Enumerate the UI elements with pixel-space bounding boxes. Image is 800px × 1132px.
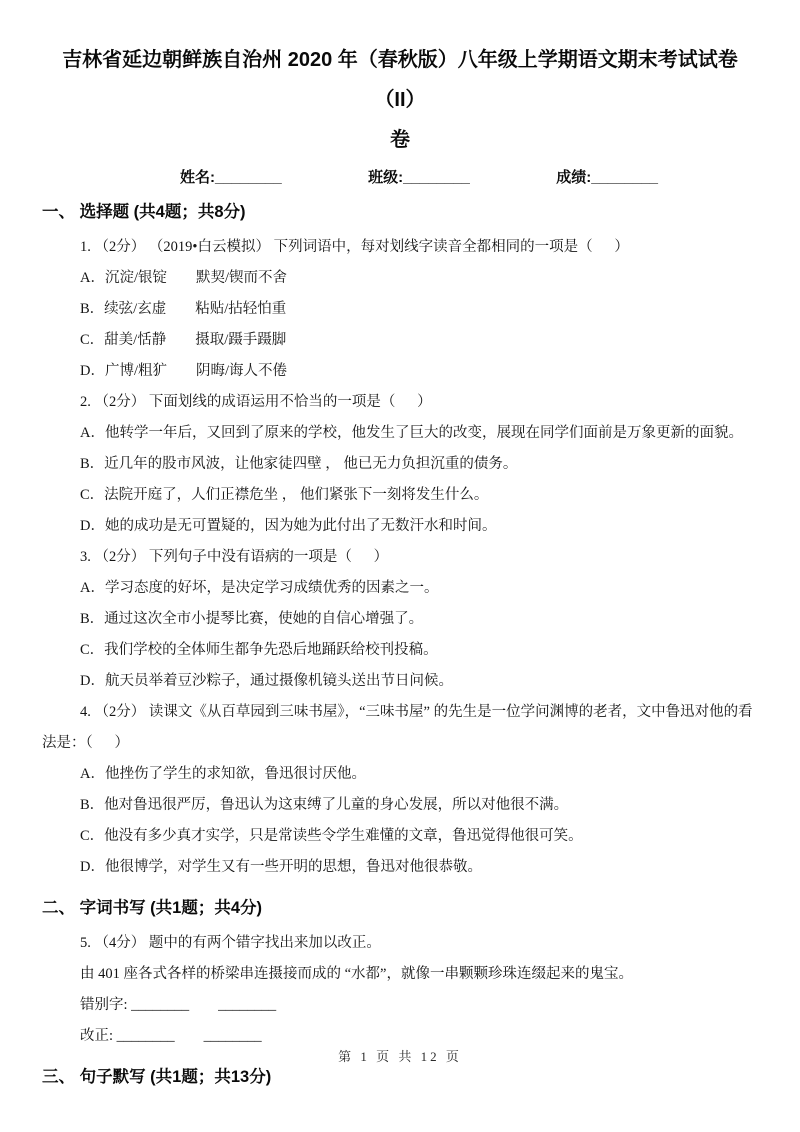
page-title: 吉林省延边朝鲜族自治州 2020 年（春秋版）八年级上学期语文期末考试试卷（II… xyxy=(42,40,758,160)
question-1-option-b: B．续弦/玄虚 粘贴/拈轻怕重 xyxy=(42,294,758,325)
question-3-option-b: B．通过这次全市小提琴比赛，使她的自信心增强了。 xyxy=(42,604,758,635)
question-3-option-a: A．学习态度的好坏，是决定学习成绩优秀的因素之一。 xyxy=(42,573,758,604)
section-2-heading: 二、 字词书写 (共1题；共4分) xyxy=(42,895,758,921)
exam-page: 吉林省延边朝鲜族自治州 2020 年（春秋版）八年级上学期语文期末考试试卷（II… xyxy=(0,0,800,1132)
question-4-option-a: A．他挫伤了学生的求知欲，鲁迅很讨厌他。 xyxy=(42,759,758,790)
question-5-wrong-chars-blank: 错别字: ________ ________ xyxy=(42,990,758,1021)
section-3-heading: 三、 句子默写 (共1题；共13分) xyxy=(42,1064,758,1090)
section-writing: 二、 字词书写 (共1题；共4分) 5. （4分） 题中的有两个错字找出来加以改… xyxy=(42,895,758,1052)
question-2-option-b: B．近几年的股市风波，让他家徒四壁 ， 他已无力负担沉重的债务。 xyxy=(42,449,758,480)
name-field: 姓名:________ xyxy=(180,166,282,187)
question-5-passage: 由 401 座各式各样的桥梁串连摄接而成的 “水都”，就像一串颗颗珍珠连缀起来的… xyxy=(42,959,758,990)
page-footer: 第 1 页 共 12 页 xyxy=(0,1046,800,1065)
question-4-option-d: D．他很博学，对学生又有一些开明的思想，鲁迅对他很恭敬。 xyxy=(42,852,758,883)
question-1-option-a: A．沉淀/银锭 默契/锲而不舍 xyxy=(42,263,758,294)
question-1-option-c: C．甜美/恬静 摄取/蹑手蹑脚 xyxy=(42,325,758,356)
question-2-option-c: C．法院开庭了，人们正襟危坐 ， 他们紧张下一刻将发生什么。 xyxy=(42,480,758,511)
question-1-stem: 1. （2分） （2019•白云模拟） 下列词语中，每对划线字读音全都相同的一项… xyxy=(42,232,758,263)
question-4-option-c: C．他没有多少真才实学，只是常读些令学生难懂的文章，鲁迅觉得他很可笑。 xyxy=(42,821,758,852)
question-3-option-d: D．航天员举着豆沙粽子，通过摄像机镜头送出节日问候。 xyxy=(42,666,758,697)
question-4-option-b: B．他对鲁迅很严厉，鲁迅认为这束缚了儿童的身心发展，所以对他很不满。 xyxy=(42,790,758,821)
question-4-stem: 4. （2分） 读课文《从百草园到三味书屋》，“三味书屋” 的先生是一位学问渊博… xyxy=(42,697,758,759)
class-field: 班级:________ xyxy=(368,166,470,187)
question-2-option-d: D．她的成功是无可置疑的，因为她为此付出了无数汗水和时间。 xyxy=(42,511,758,542)
question-3-option-c: C．我们学校的全体师生都争先恐后地踊跃给校刊投稿。 xyxy=(42,635,758,666)
section-1-heading: 一、 选择题 (共4题；共8分) xyxy=(42,199,758,225)
question-1-option-d: D．广博/粗犷 阴晦/诲人不倦 xyxy=(42,356,758,387)
section-dictation: 三、 句子默写 (共1题；共13分) xyxy=(42,1064,758,1090)
question-2-stem: 2. （2分） 下面划线的成语运用不恰当的一项是（ ） xyxy=(42,387,758,418)
section-choice: 一、 选择题 (共4题；共8分) 1. （2分） （2019•白云模拟） 下列词… xyxy=(42,199,758,883)
question-5-stem: 5. （4分） 题中的有两个错字找出来加以改正。 xyxy=(42,928,758,959)
question-2-option-a: A．他转学一年后，又回到了原来的学校，他发生了巨大的改变，展现在同学们面前是万象… xyxy=(42,418,758,449)
page-title-line1: 吉林省延边朝鲜族自治州 2020 年（春秋版）八年级上学期语文期末考试试卷（II… xyxy=(42,40,758,120)
question-3-stem: 3. （2分） 下列句子中没有语病的一项是（ ） xyxy=(42,542,758,573)
score-field: 成绩:________ xyxy=(556,166,658,187)
student-info-row: 姓名:________ 班级:________ 成绩:________ xyxy=(42,166,758,187)
page-title-line2: 卷 xyxy=(42,120,758,160)
exam-content: 吉林省延边朝鲜族自治州 2020 年（春秋版）八年级上学期语文期末考试试卷（II… xyxy=(0,0,800,1090)
